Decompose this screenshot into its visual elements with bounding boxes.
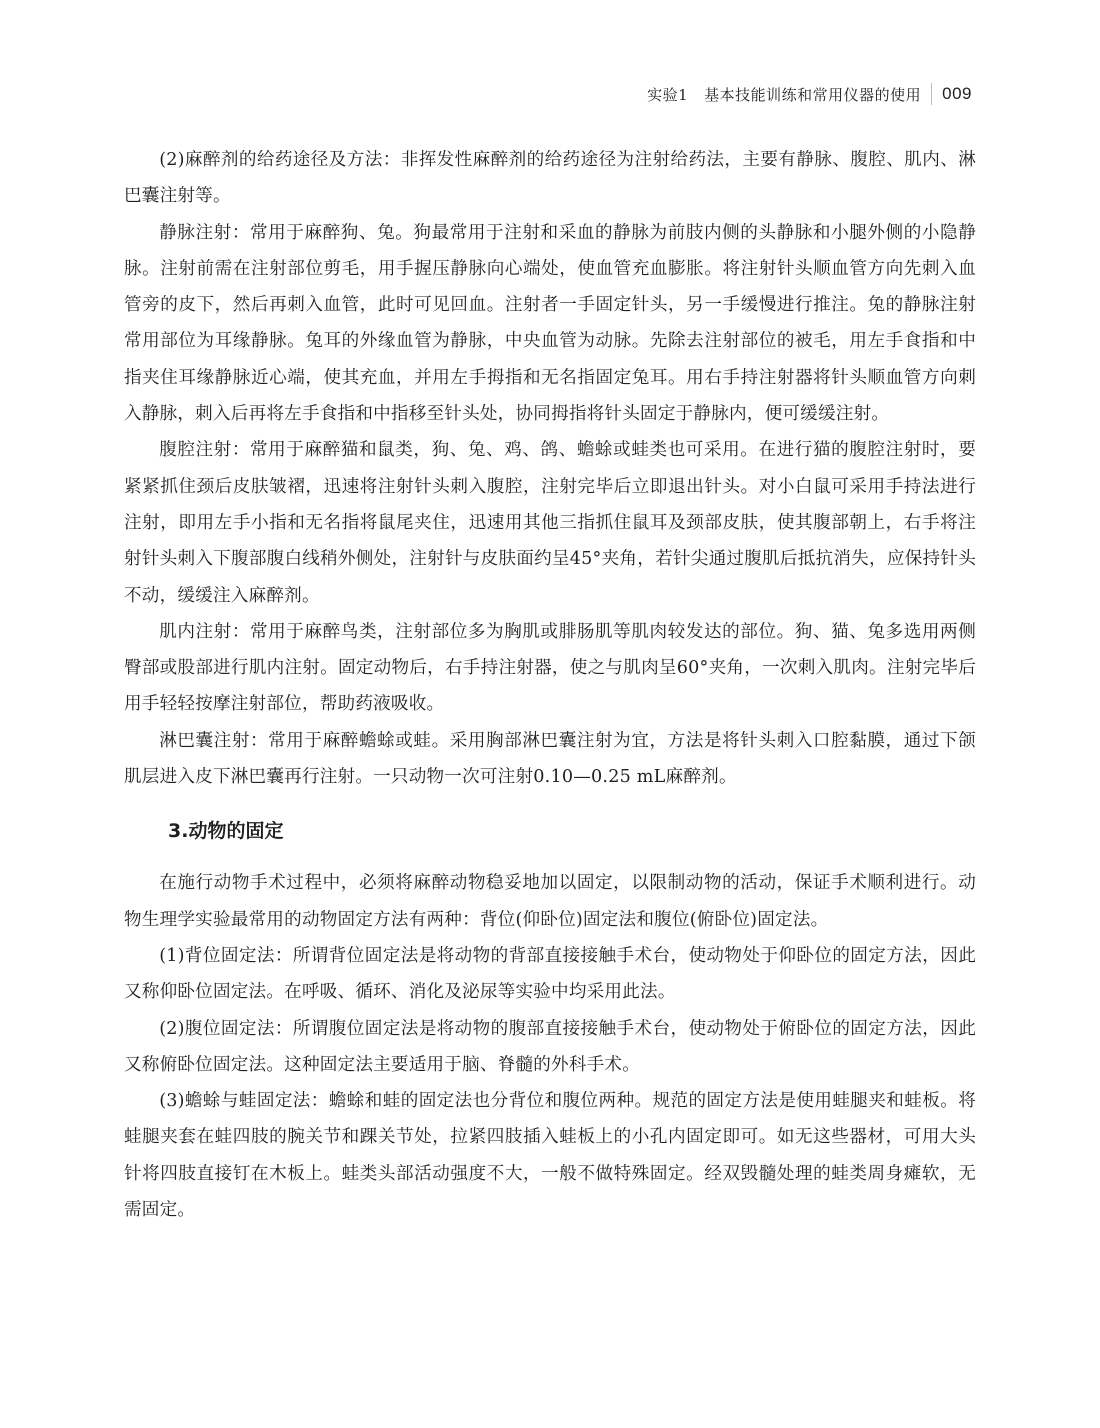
paragraph-supine-fixation: (1)背位固定法：所谓背位固定法是将动物的背部直接接触手术台，使动物处于仰卧位的… [124,938,976,1011]
running-header: 实验1 基本技能训练和常用仪器的使用 009 [647,80,972,108]
paragraph-intravenous-injection: 静脉注射：常用于麻醉狗、兔。狗最常用于注射和采血的静脉为前肢内侧的头静脉和小腿外… [124,215,976,433]
paragraph-intramuscular-injection: 肌内注射：常用于麻醉鸟类，注射部位多为胸肌或腓肠肌等肌肉较发达的部位。狗、猫、兔… [124,614,976,723]
paragraph-prone-fixation: (2)腹位固定法：所谓腹位固定法是将动物的腹部直接接触手术台，使动物处于俯卧位的… [124,1011,976,1084]
chapter-title: 基本技能训练和常用仪器的使用 [704,84,921,105]
paragraph-intraperitoneal-injection: 腹腔注射：常用于麻醉猫和鼠类，狗、兔、鸡、鸽、蟾蜍或蛙类也可采用。在进行猫的腹腔… [124,432,976,613]
page-number: 009 [942,84,972,104]
paragraph-fixation-intro: 在施行动物手术过程中，必须将麻醉动物稳妥地加以固定，以限制动物的活动，保证手术顺… [124,865,976,938]
paragraph-lymph-sac-injection: 淋巴囊注射：常用于麻醉蟾蜍或蛙。采用胸部淋巴囊注射为宜，方法是将针头刺入口腔黏膜… [124,723,976,796]
paragraph-administration-routes: (2)麻醉剂的给药途径及方法：非挥发性麻醉剂的给药途径为注射给药法，主要有静脉、… [124,142,976,215]
page-body: (2)麻醉剂的给药途径及方法：非挥发性麻醉剂的给药途径为注射给药法，主要有静脉、… [124,142,976,1228]
header-divider [931,83,932,105]
section-heading: 3.动物的固定 [168,817,976,845]
paragraph-toad-frog-fixation: (3)蟾蜍与蛙固定法：蟾蜍和蛙的固定法也分背位和腹位两种。规范的固定方法是使用蛙… [124,1083,976,1228]
chapter-label: 实验1 [647,84,688,105]
